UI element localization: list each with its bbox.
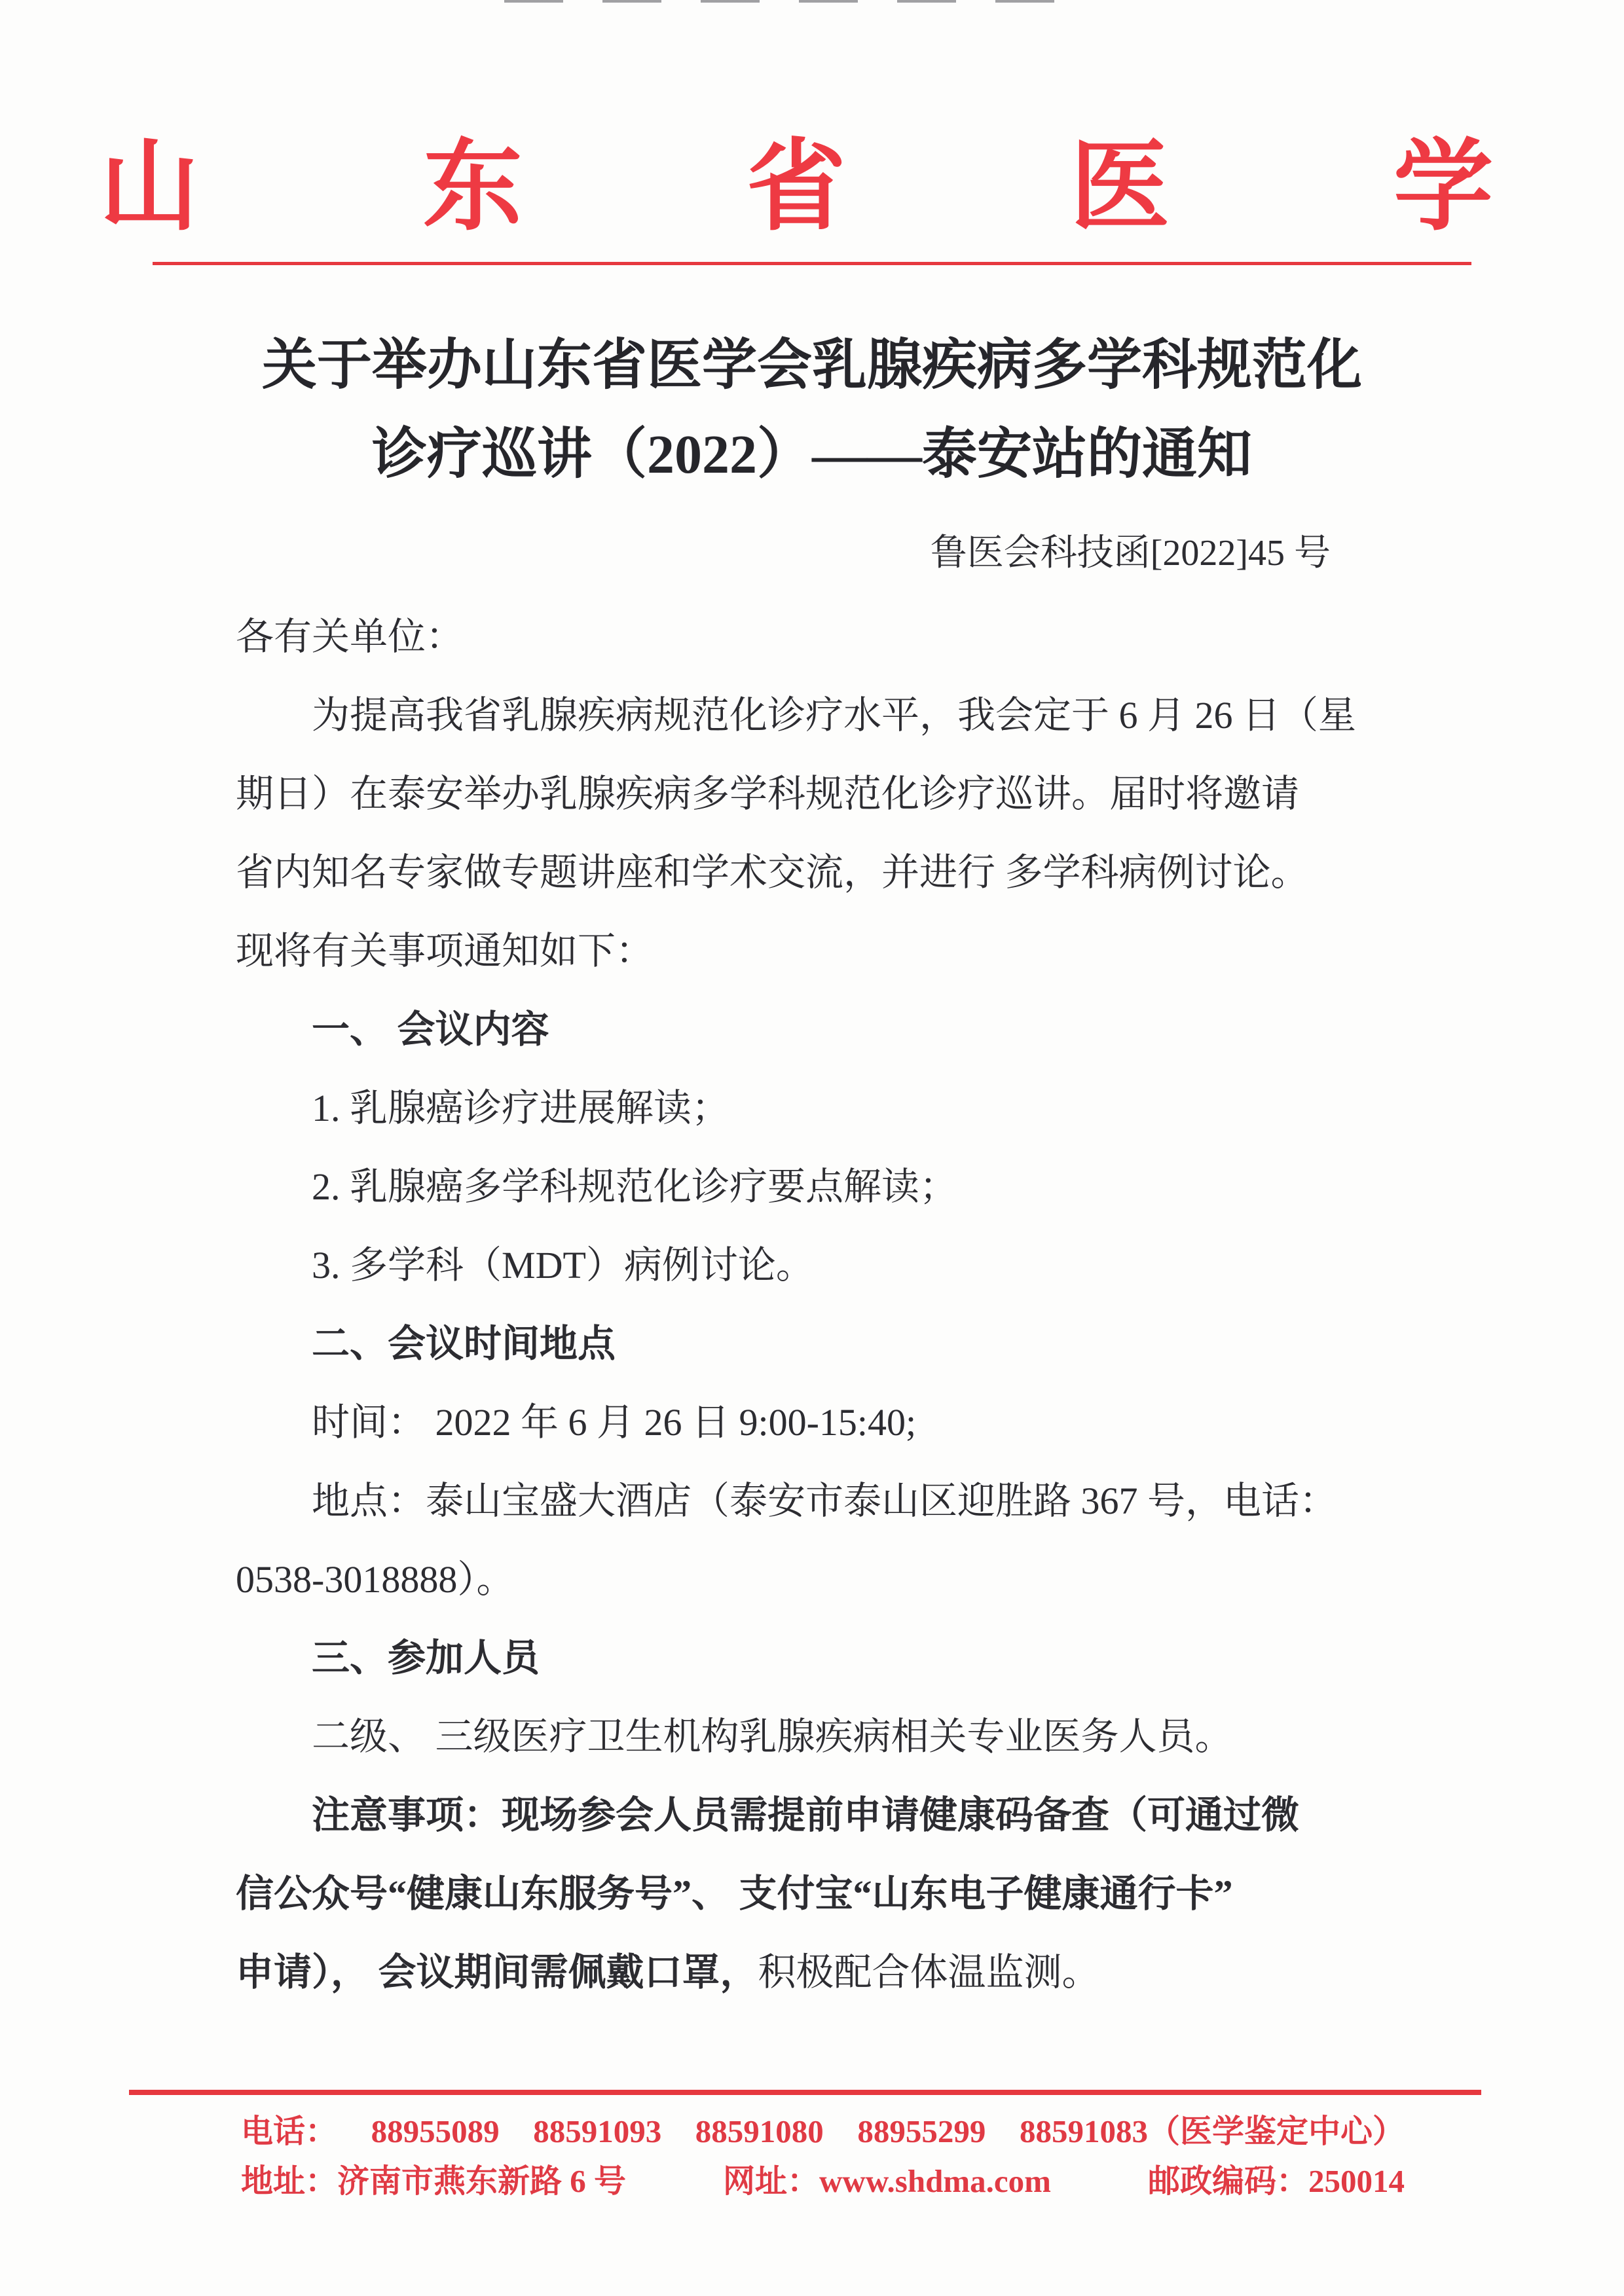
body-line: 三、参加人员: [236, 1619, 1388, 1698]
body-line: 省内知名专家做专题讲座和学术交流，并进行 多学科病例讨论。: [236, 833, 1388, 912]
footer-phone-number: 88955089: [371, 2112, 500, 2151]
footer-info-item: 网址：www.shdma.com: [723, 2162, 1051, 2201]
footer-info-value: 济南市燕东新路 6 号: [337, 2162, 626, 2201]
masthead-org-name: 山 东 省 医 学 会: [0, 0, 1624, 237]
body-text-run: 期日）在泰安举办乳腺疾病多学科规范化诊疗巡讲。届时将邀请: [236, 773, 1299, 815]
body-line: 申请）， 会议期间需佩戴口罩，积极配合体温监测。: [236, 1933, 1388, 2012]
footer-info-label: 邮政编码：: [1148, 2162, 1308, 2201]
footer-info-value: www.shdma.com: [819, 2162, 1051, 2201]
body-paragraphs: 各有关单位：为提高我省乳腺疾病规范化诊疗水平，我会定于 6 月 26 日（星期日…: [236, 598, 1388, 2012]
footer-phone-number: 88955299: [857, 2112, 986, 2151]
body-line: 注意事项：现场参会人员需提前申请健康码备查（可通过微: [236, 1776, 1388, 1855]
footer-info-value: 250014: [1308, 2162, 1405, 2201]
body-line: 0538-3018888）。: [236, 1540, 1388, 1619]
document-title-line1: 关于举办山东省医学会乳腺疾病多学科规范化: [0, 321, 1624, 410]
document-title-line2: 诊疗巡讲（2022）——泰安站的通知: [0, 410, 1624, 500]
body-text-run: 1. 乳腺癌诊疗进展解读；: [312, 1087, 729, 1129]
body-line: 二、会议时间地点: [236, 1305, 1388, 1383]
footer-info-label: 地址：: [241, 2162, 337, 2201]
body-text-run: 一、 会议内容: [312, 1008, 549, 1051]
footer-phone-row: 电话： 889550898859109388591080889552998859…: [241, 2112, 1405, 2151]
body-text-run: 现将有关事项通知如下：: [236, 930, 654, 972]
footer-phone-number: 88591080: [695, 2112, 824, 2151]
scan-edge-artifact: [504, 0, 1067, 3]
footer-info-item: 邮政编码：250014: [1148, 2162, 1405, 2201]
footer-phone-number: 88591093: [533, 2112, 661, 2151]
body-text-run: 注意事项：现场参会人员需提前申请健康码备查（可通过微: [312, 1794, 1299, 1836]
body-text-run: 为提高我省乳腺疾病规范化诊疗水平，我会定于 6 月 26 日（星: [312, 694, 1356, 737]
body-line: 1. 乳腺癌诊疗进展解读；: [236, 1069, 1388, 1148]
document-title: 关于举办山东省医学会乳腺疾病多学科规范化 诊疗巡讲（2022）——泰安站的通知: [0, 321, 1624, 500]
body-line: 期日）在泰安举办乳腺疾病多学科规范化诊疗巡讲。届时将邀请: [236, 755, 1388, 833]
reference-number: 鲁医会科技函[2022]45 号: [0, 530, 1624, 577]
body-line: 时间： 2022 年 6 月 26 日 9:00-15:40;: [236, 1383, 1388, 1462]
body-text-run: 三、参加人员: [312, 1637, 540, 1679]
body-text-run: 申请）， 会议期间需佩戴口罩，: [236, 1951, 758, 1994]
body-line: 二级、 三级医疗卫生机构乳腺疾病相关专业医务人员。: [236, 1698, 1388, 1776]
body-line: 3. 多学科（MDT）病例讨论。: [236, 1226, 1388, 1305]
body-text-run: 省内知名专家做专题讲座和学术交流，并进行 多学科病例讨论。: [236, 851, 1309, 894]
document-page: 山 东 省 医 学 会 关于举办山东省医学会乳腺疾病多学科规范化 诊疗巡讲（20…: [0, 0, 1624, 2296]
body-line: 信公众号“健康山东服务号”、 支付宝“山东电子健康通行卡”: [236, 1855, 1388, 1933]
body-text-run: 时间： 2022 年 6 月 26 日 9:00-15:40;: [312, 1401, 916, 1444]
body-line: 各有关单位：: [236, 598, 1388, 676]
footer-phone-number: 88591083（医学鉴定中心）: [1020, 2112, 1405, 2151]
body-text-run: 地点：泰山宝盛大酒店（泰安市泰山区迎胜路 367 号，电话：: [312, 1480, 1337, 1522]
footer-info-label: 网址：: [723, 2162, 819, 2201]
body-text-run: 0538-3018888）。: [236, 1558, 514, 1601]
footer-info-row: 地址：济南市燕东新路 6 号网址：www.shdma.com邮政编码：25001…: [241, 2162, 1405, 2201]
body-line: 地点：泰山宝盛大酒店（泰安市泰山区迎胜路 367 号，电话：: [236, 1462, 1388, 1540]
page-footer: 电话： 889550898859109388591080889552998859…: [0, 2090, 1624, 2201]
footer-phone-label: 电话：: [241, 2112, 337, 2151]
body-line: 2. 乳腺癌多学科规范化诊疗要点解读；: [236, 1148, 1388, 1226]
body-text-run: 2. 乳腺癌多学科规范化诊疗要点解读；: [312, 1165, 957, 1208]
body-text-run: 二级、 三级医疗卫生机构乳腺疾病相关专业医务人员。: [312, 1715, 1233, 1758]
body-line: 现将有关事项通知如下：: [236, 912, 1388, 991]
body-text-run: 3. 多学科（MDT）病例讨论。: [312, 1244, 814, 1286]
header-rule: [153, 262, 1471, 265]
body-line: 一、 会议内容: [236, 991, 1388, 1069]
body-text-run: 信公众号“健康山东服务号”、 支付宝“山东电子健康通行卡”: [236, 1872, 1233, 1915]
body-text-run: 各有关单位：: [236, 615, 464, 658]
footer-info-item: 地址：济南市燕东新路 6 号: [241, 2162, 626, 2201]
body-text-run: 积极配合体温监测。: [758, 1951, 1100, 1994]
footer-rule: [129, 2090, 1481, 2095]
body-text-run: 二、会议时间地点: [312, 1322, 616, 1365]
body-line: 为提高我省乳腺疾病规范化诊疗水平，我会定于 6 月 26 日（星: [236, 676, 1388, 755]
